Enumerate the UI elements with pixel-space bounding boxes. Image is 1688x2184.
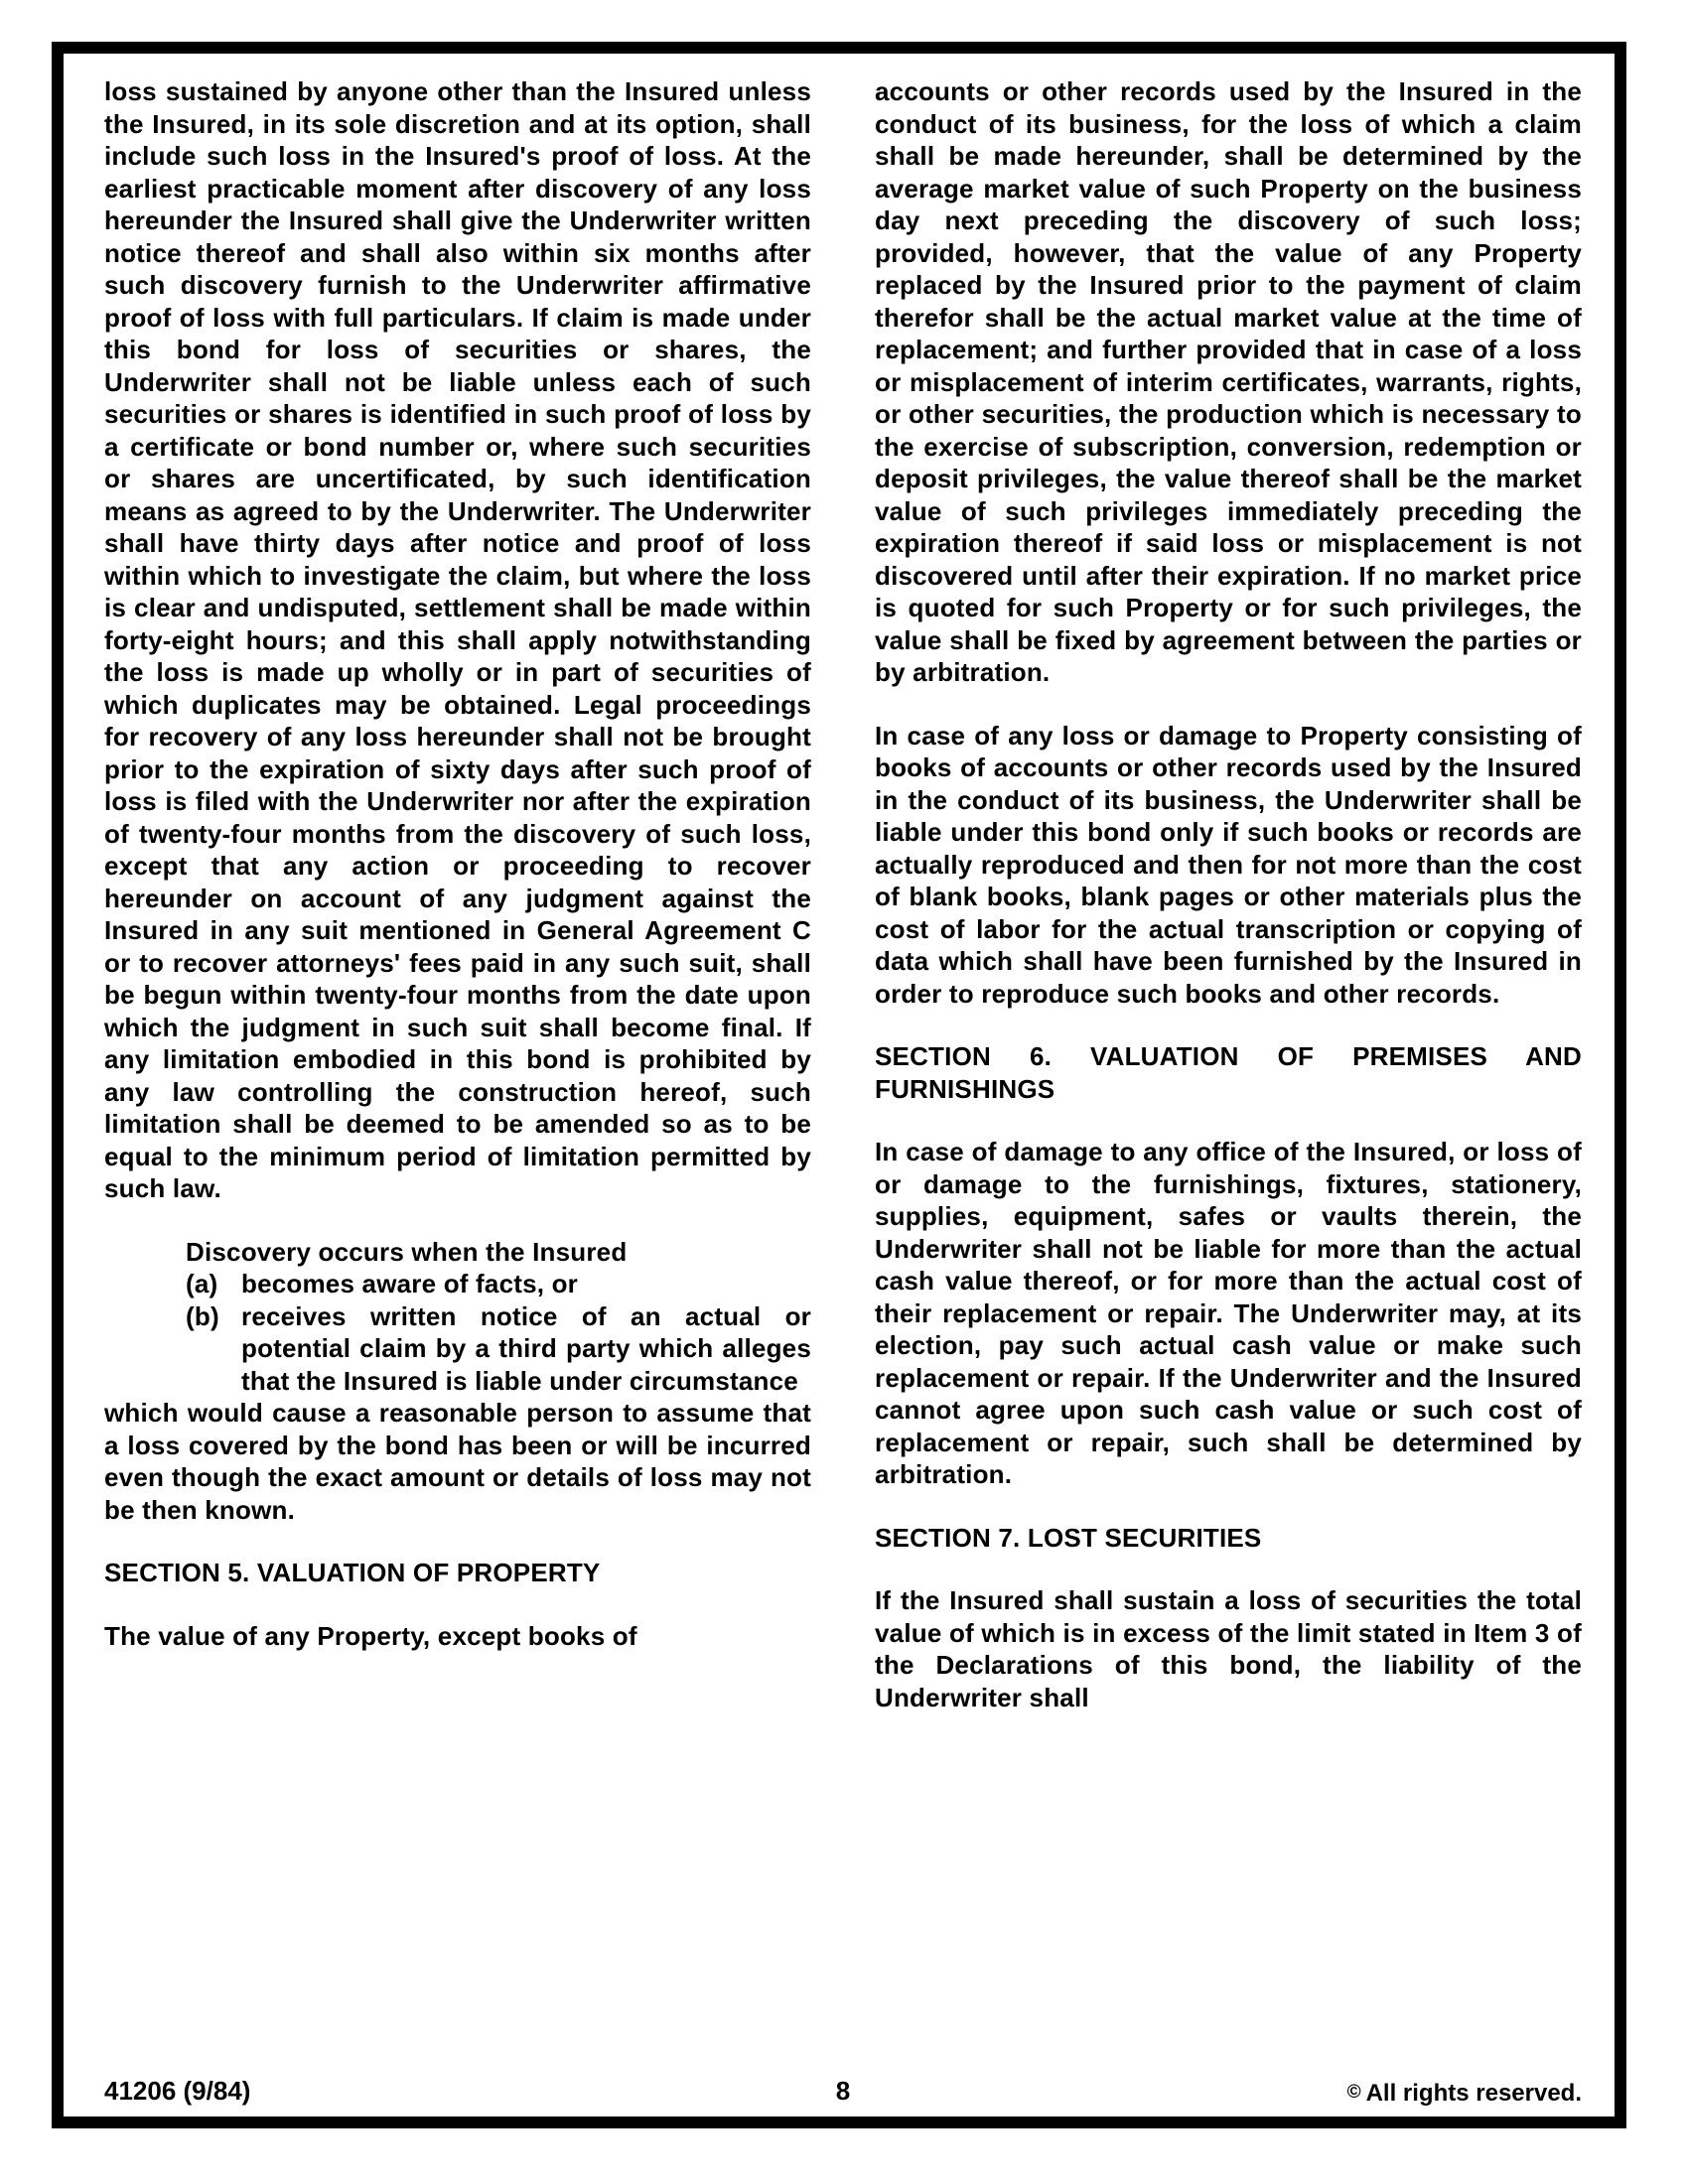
left-column: loss sustained by anyone other than the … <box>104 75 811 1683</box>
discovery-item-a: (a) becomes aware of facts, or <box>186 1268 811 1300</box>
discovery-intro: Discovery occurs when the Insured <box>186 1236 811 1269</box>
section-6-heading: SECTION 6. VALUATION OF PREMISES AND FUR… <box>875 1040 1582 1105</box>
section-5-heading: SECTION 5. VALUATION OF PROPERTY <box>104 1557 811 1589</box>
right-paragraph-lost-securities: If the Insured shall sustain a loss of s… <box>875 1584 1582 1713</box>
left-paragraph-reasonable-person: which would cause a reasonable person to… <box>104 1397 811 1526</box>
copyright-icon: © <box>1347 2082 1361 2103</box>
scanned-document-page: { "colors": { "ink": "#000000", "paper":… <box>0 0 1688 2184</box>
footer-form-number: 41206 (9/84) <box>104 2075 250 2107</box>
footer-copyright-text: All rights reserved. <box>1366 2080 1582 2107</box>
discovery-item-b: (b) receives written notice of an actual… <box>186 1300 811 1398</box>
discovery-clause-block: Discovery occurs when the Insured (a) be… <box>104 1236 811 1398</box>
discovery-item-b-text: receives written notice of an actual or … <box>241 1300 811 1398</box>
right-paragraph-premises-furnishings: In case of damage to any office of the I… <box>875 1136 1582 1491</box>
right-column: accounts or other records used by the In… <box>875 75 1582 1744</box>
section-7-heading: SECTION 7. LOST SECURITIES <box>875 1522 1582 1555</box>
right-paragraph-books-of-accounts: In case of any loss or damage to Propert… <box>875 720 1582 1011</box>
discovery-item-a-label: (a) <box>186 1268 241 1300</box>
right-paragraph-valuation-continued: accounts or other records used by the In… <box>875 75 1582 689</box>
page-footer: 41206 (9/84) 8 ©All rights reserved. <box>104 2075 1582 2111</box>
discovery-item-a-text: becomes aware of facts, or <box>241 1268 811 1300</box>
footer-copyright: ©All rights reserved. <box>1347 2077 1582 2110</box>
discovery-item-b-label: (b) <box>186 1300 241 1398</box>
left-paragraph-value-of-property: The value of any Property, except books … <box>104 1620 811 1653</box>
footer-page-number: 8 <box>836 2075 850 2107</box>
left-paragraph-proof-of-loss: loss sustained by anyone other than the … <box>104 75 811 1205</box>
